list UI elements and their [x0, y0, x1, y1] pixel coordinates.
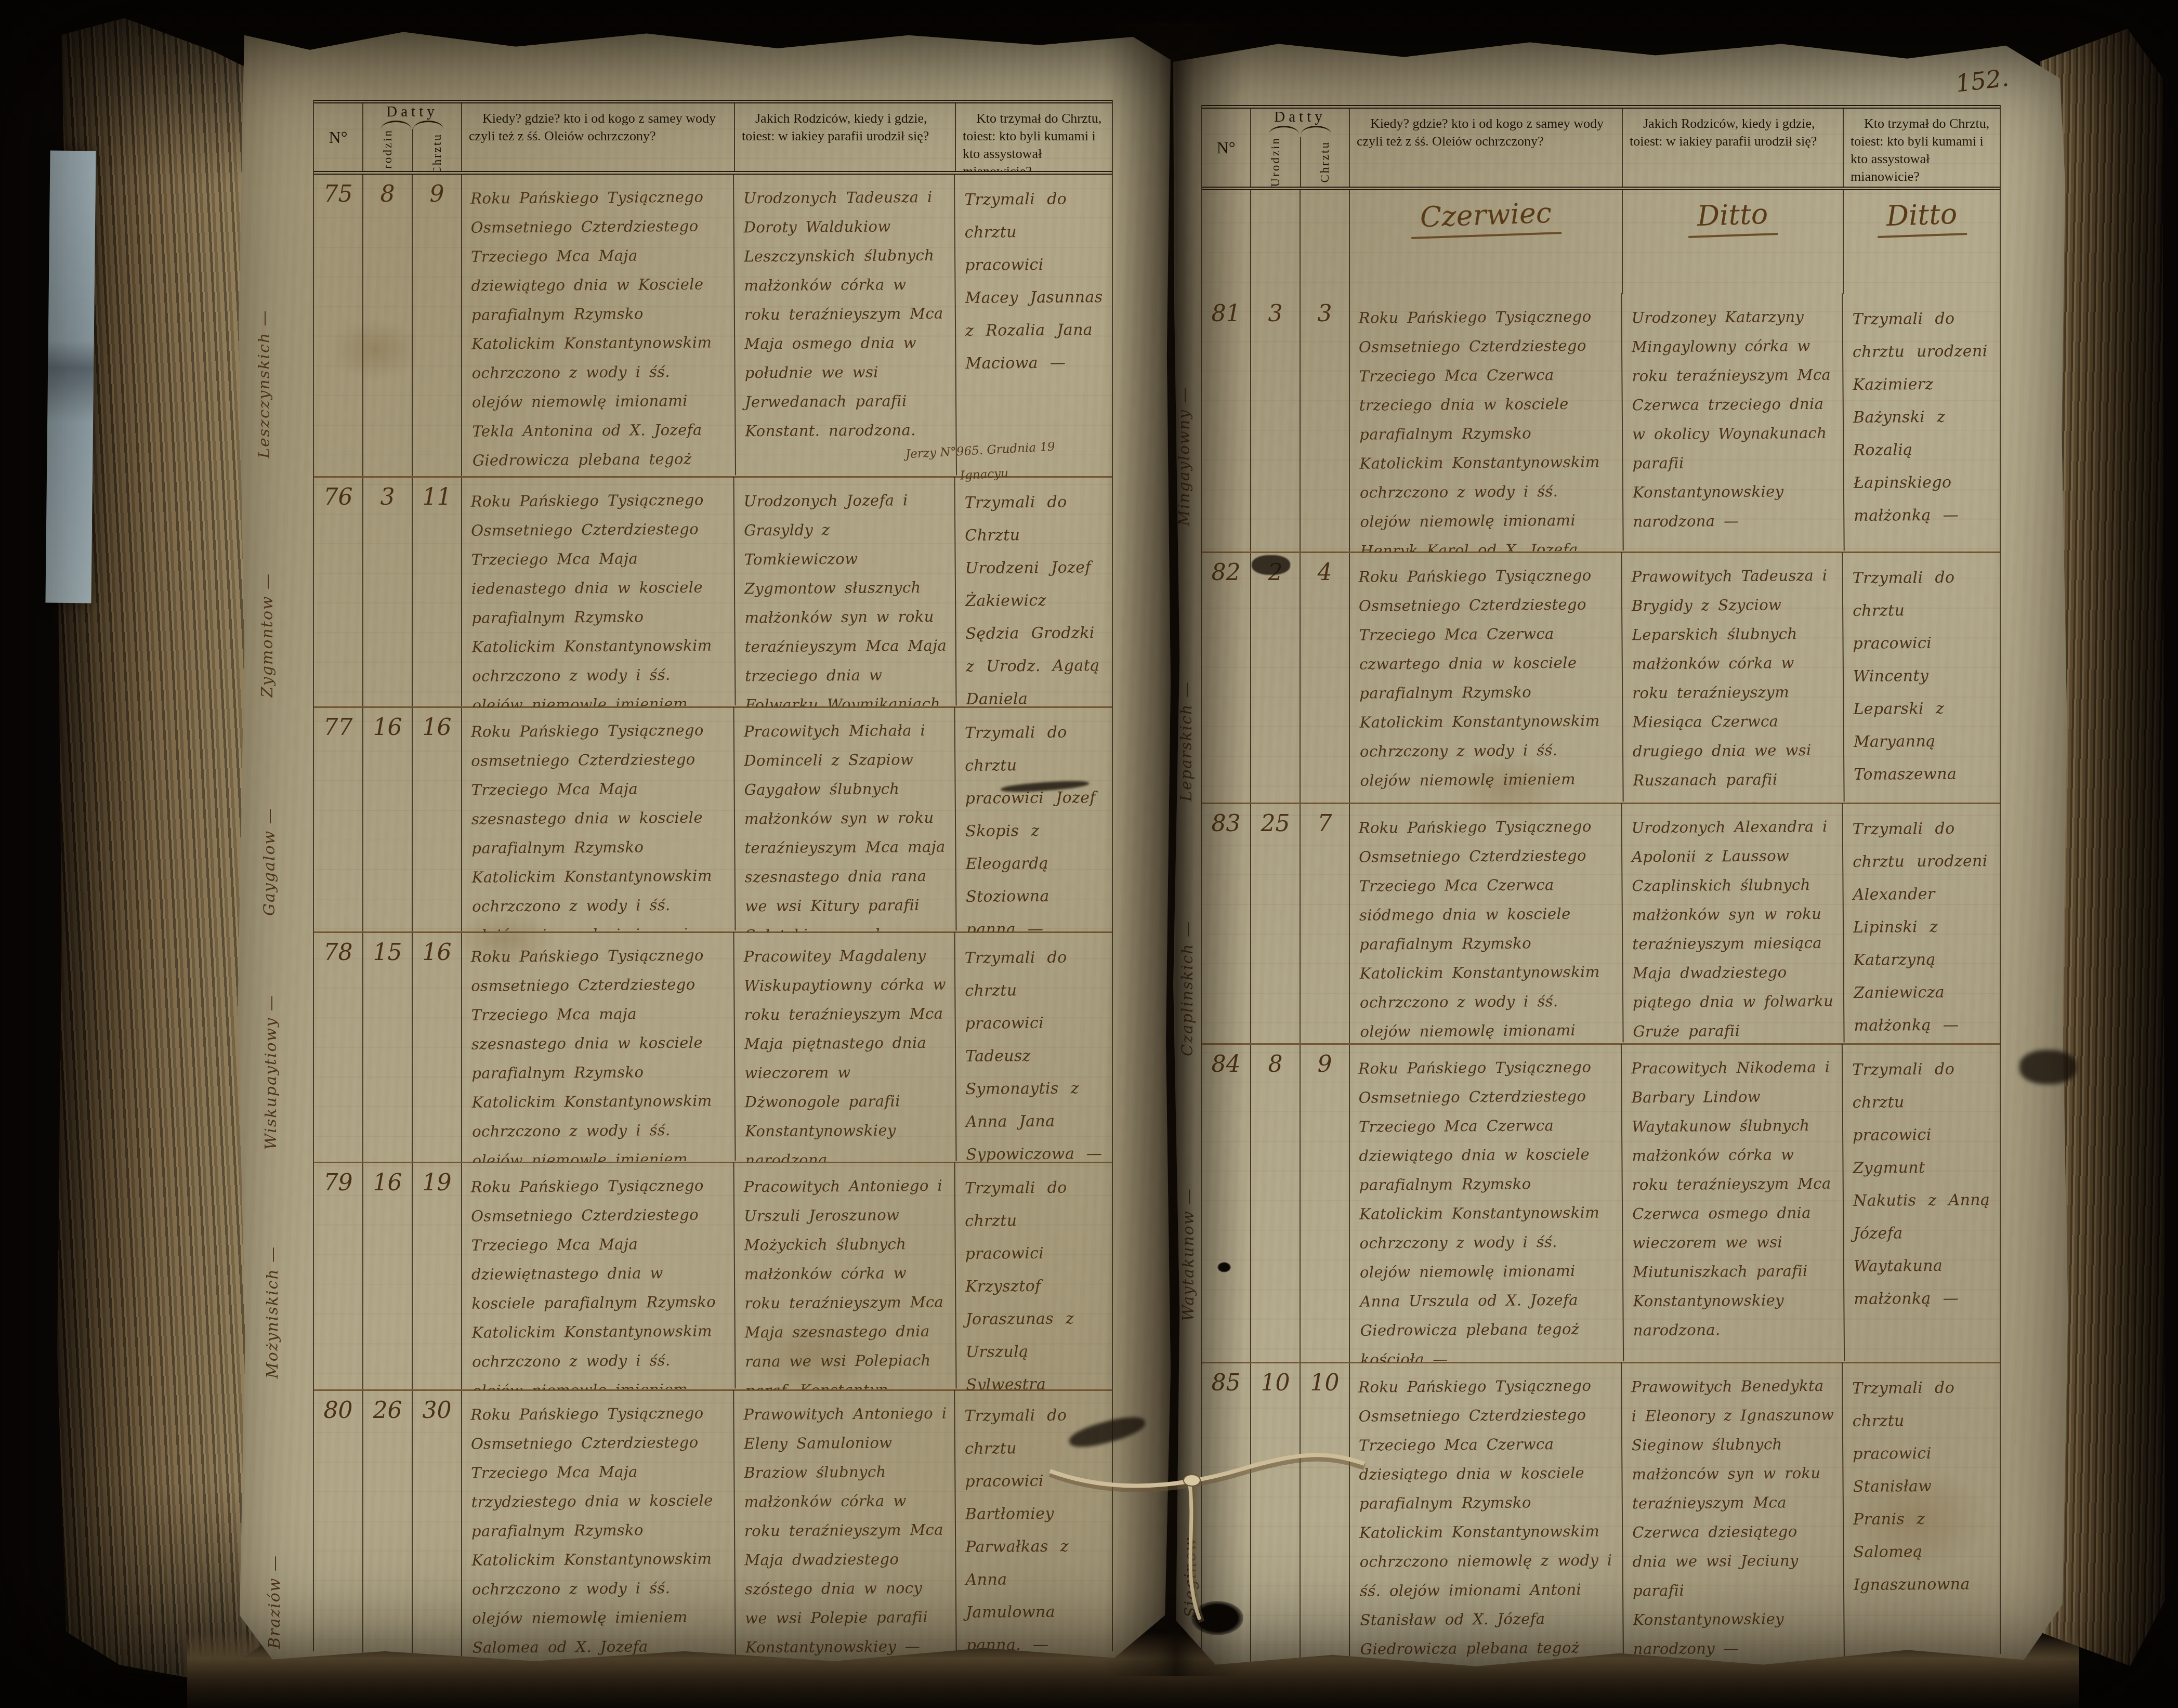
brace-icon: [363, 121, 461, 129]
col-born: 15: [363, 933, 413, 1162]
margin-note: Wiskupaytiowy —: [264, 963, 279, 1150]
baptism-entry: Roku Pańskiego Tysiącznego Osmsetniego C…: [1349, 552, 1623, 804]
header-urodzin: Urodzin: [1251, 137, 1300, 187]
godparents-entry: Trzymali do chrztu pracowici Jozef Skopi…: [955, 707, 1113, 932]
col-no: 83: [1202, 804, 1251, 1043]
col-born: 8: [1251, 1045, 1301, 1362]
header-baptism-question: Kiedy? gdzie? kto i od kogo z samey wody…: [1350, 109, 1623, 187]
baptism-entry: Roku Pańskiego Tysiącznego Osmsetniego C…: [461, 477, 736, 707]
parish-register-scan: Leszczynskich — Zygmontow — Gaygalow — W…: [0, 0, 2178, 1708]
header-godparents-question: Kto trzymał do Chrztu, toiest: kto byli …: [1844, 109, 2000, 187]
col-born: 2: [1251, 553, 1301, 803]
margin-note: Waytakunow —: [1181, 1093, 1197, 1321]
col-baptized: 9: [1301, 1045, 1350, 1362]
binding-string: [1019, 1403, 1372, 1674]
record-row: 82 2 4 Roku Pańskiego Tysiącznego Osmset…: [1202, 553, 2000, 804]
col-born: 25: [1251, 804, 1301, 1043]
godparents-entry: Trzymali do chrztu pracowici Tadeusz Sym…: [955, 932, 1112, 1162]
col-baptized: 3: [1301, 294, 1350, 551]
ditto-mark: Ditto: [1844, 190, 2000, 294]
col-baptized: 9: [413, 175, 462, 476]
parents-entry: Pracowitych Nikodema i Barbary Lindow Wa…: [1622, 1044, 1845, 1363]
parents-entry: Urodzonych Alexandra i Apolonii z Lausso…: [1622, 804, 1844, 1044]
record-row: 83 25 7 Roku Pańskiego Tysiącznego Osmse…: [1202, 804, 2000, 1045]
baptism-entry: Roku Pańskiego Tysiącznego Osmsetniego C…: [461, 1390, 736, 1667]
header-urodzin: Urodzin: [363, 129, 412, 171]
record-row: 75 8 9 Roku Pańskiego Tysiącznego Osmset…: [314, 175, 1112, 478]
left-register-table: N° Datty Urodzin Chrztu Kiedy? gdzie? kt…: [313, 100, 1113, 1651]
col-born: 3: [1251, 294, 1301, 551]
parents-entry: Urodzonych Tadeusza i Doroty Waldukiow L…: [734, 174, 957, 477]
header-datty: Datty Urodzin Chrztu: [363, 103, 462, 171]
interlinear-annotation: Ignacyu: [960, 467, 1008, 483]
margin-note: Mingaylowny —: [1177, 256, 1192, 526]
col-born: 3: [363, 478, 413, 706]
col-no: 81: [1202, 294, 1251, 551]
godparents-entry: Trzymali do chrztu pracowici Zygmunt Nak…: [1843, 1044, 2001, 1362]
record-row: 84 8 9 Roku Pańskiego Tysiącznego Osmset…: [1202, 1045, 2000, 1363]
godparents-entry: Trzymali do chrztu urodzeni Alexander Li…: [1843, 804, 2000, 1044]
ink-smudge: [2019, 1050, 2077, 1084]
parents-entry: Pracowitey Magdaleny Wiskupaytiowny córk…: [734, 932, 956, 1163]
baptism-entry: Roku Pańskiego Tysiącznego Osmsetniego C…: [1349, 293, 1623, 553]
record-row: 81 3 3 Roku Pańskiego Tysiącznego Osmset…: [1202, 294, 2000, 553]
col-baptized: 7: [1301, 804, 1350, 1043]
month-name: Czerwiec: [1350, 190, 1623, 294]
col-baptized: 4: [1301, 553, 1350, 803]
brace-icon: [1251, 126, 1349, 134]
parents-entry: Urodzonych Jozefa i Grasyldy z Tomkiewic…: [734, 477, 956, 707]
header-godparents-question: Kto trzymał do Chrztu, toiest: kto byli …: [956, 103, 1112, 171]
month-header-row: Czerwiec Ditto Ditto: [1202, 190, 2000, 294]
margin-note: Zygmontow —: [260, 510, 275, 698]
parents-entry: Pracowitych Antoniego i Urszuli Jeroszun…: [734, 1163, 956, 1390]
col-baptized: 11: [413, 478, 462, 706]
bookmark-ribbon: [45, 151, 96, 603]
margin-note: Możyniskich —: [265, 1191, 281, 1378]
baptism-entry: Roku Pańskiego Tysiącznego Osmsetniego C…: [1349, 1044, 1624, 1363]
header-datty-label: Datty: [363, 103, 461, 129]
header-parents-question: Jakich Rodziców, kiedy i gdzie, toiest: …: [735, 103, 956, 171]
col-no: 76: [314, 478, 363, 706]
parents-entry: Prawowitych Antoniego i Eleny Samuloniow…: [734, 1390, 957, 1667]
baptism-entry: Roku Pańskiego Tysiącznego Osmsetniego C…: [1349, 1362, 1624, 1668]
margin-note: Leparskich —: [1179, 594, 1195, 802]
baptism-entry: Roku Pańskiego Tysiącznego Osmsetniego C…: [461, 1162, 736, 1390]
godparents-entry: Trzymali do chrztu pracowici Macey Jasun…: [955, 174, 1113, 477]
col-baptized: 16: [413, 933, 462, 1162]
header-no: N°: [1202, 109, 1251, 187]
baptism-entry: Roku Pańskiego Tysiącznego Osmsetniego C…: [461, 174, 736, 477]
worm-hole: [1217, 1262, 1231, 1272]
header-chrztu: Chrztu: [412, 129, 461, 171]
col-born: 8: [363, 175, 413, 476]
header-datty: Datty Urodzin Chrztu: [1251, 109, 1350, 187]
col-born: 26: [363, 1391, 413, 1666]
header-parents-question: Jakich Rodziców, kiedy i gdzie, toiest: …: [1623, 109, 1844, 187]
record-row: 77 16 16 Roku Pańskiego Tysiącznego osms…: [314, 708, 1112, 933]
col-no: 84: [1202, 1045, 1251, 1362]
col-no: 79: [314, 1163, 363, 1389]
col-baptized: 30: [413, 1391, 462, 1666]
record-row: 79 16 19 Roku Pańskiego Tysiącznego Osms…: [314, 1163, 1112, 1391]
header-no: N°: [314, 103, 363, 171]
godparents-entry: Trzymali do chrztu pracowici Stanisław P…: [1843, 1363, 2001, 1668]
parents-entry: Pracowitych Michała i Dominceli z Szapio…: [734, 707, 957, 932]
record-row: 78 15 16 Roku Pańskiego Tysiącznego osms…: [314, 933, 1112, 1163]
header-datty-label: Datty: [1251, 109, 1349, 137]
header-chrztu: Chrztu: [1300, 137, 1349, 187]
margin-note: Gaygalow —: [262, 739, 278, 916]
header-baptism-question: Kiedy? gdzie? kto i od kogo z samey wody…: [462, 103, 735, 171]
col-no: 80: [314, 1391, 363, 1666]
col-born: 16: [363, 1163, 413, 1389]
parents-entry: Urodzoney Katarzyny Mingaylowny córka w …: [1622, 294, 1844, 553]
col-no: 78: [314, 933, 363, 1162]
godparents-entry: Trzymali do Chrztu Urodzeni Jozef Żakiew…: [955, 477, 1112, 707]
record-row: 80 26 30 Roku Pańskiego Tysiącznego Osms…: [314, 1391, 1112, 1666]
ink-blot: [1252, 555, 1290, 575]
col-baptized: 19: [413, 1163, 462, 1389]
table-header: N° Datty Urodzin Chrztu Kiedy? gdzie? kt…: [1202, 105, 2000, 190]
baptism-entry: Roku Pańskiego Tysiącznego Osmsetniego C…: [1349, 803, 1623, 1044]
table-header: N° Datty Urodzin Chrztu Kiedy? gdzie? kt…: [314, 100, 1112, 175]
godparents-entry: Trzymali do chrztu pracowici Wincenty Le…: [1843, 553, 2000, 803]
col-no: 75: [314, 175, 363, 476]
baptism-entry: Roku Pańskiego Tysiącznego osmsetniego C…: [462, 707, 736, 932]
margin-note: Leszczynskich —: [257, 199, 272, 458]
header-no-label: N°: [329, 128, 348, 147]
header-no-label: N°: [1217, 138, 1236, 157]
col-baptized: 16: [413, 708, 462, 931]
col-born: 16: [363, 708, 413, 931]
parents-entry: Prawowitych Tadeusza i Brygidy z Szyciow…: [1622, 553, 1844, 804]
baptism-entry: Roku Pańskiego Tysiącznego osmsetniego C…: [461, 932, 736, 1163]
margin-note: Czaplinskich —: [1180, 848, 1196, 1056]
ditto-mark: Ditto: [1623, 190, 1844, 294]
godparents-entry: Trzymali do chrztu urodzeni Kazimierz Ba…: [1843, 294, 2000, 552]
record-row: 76 3 11 Roku Pańskiego Tysiącznego Osmse…: [314, 478, 1112, 708]
col-no: 77: [314, 708, 363, 931]
godparents-entry: Trzymali do chrztu pracowici Krzysztof J…: [955, 1163, 1112, 1390]
col-no: 82: [1202, 553, 1251, 803]
margin-note: Braziów —: [267, 1430, 283, 1649]
parents-entry: Prawowitych Benedykta i Eleonory z Ignas…: [1622, 1363, 1845, 1668]
